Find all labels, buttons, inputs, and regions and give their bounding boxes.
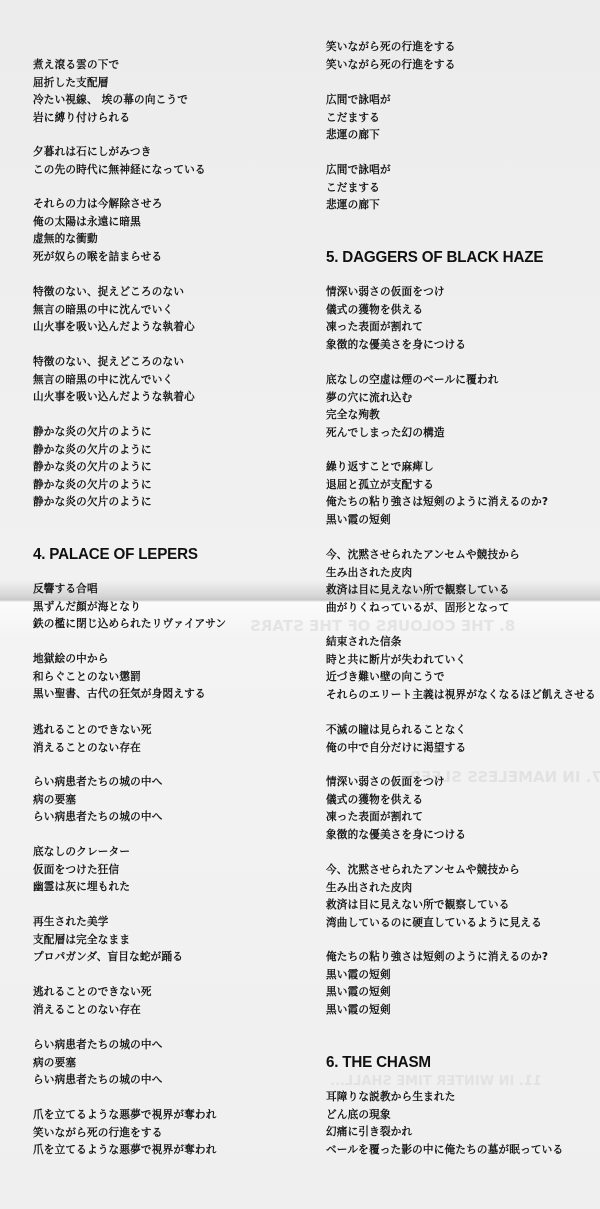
lyric-stanza: 夕暮れは石にしがみつきこの先の時代に無神経になっている [33,144,206,179]
lyric-line: それらの力は今解除させろ [33,196,163,214]
lyric-line: 繰り返すことで麻痺し [326,459,548,477]
lyric-line: 病の要塞 [33,792,163,810]
lyric-stanza: 情深い弱さの仮面をつけ儀式の獲物を供える凍った表面が割れて象徴的な優美さを身につ… [326,774,466,844]
lyric-line: 幽霊は灰に埋もれた [33,879,130,897]
lyric-line: 黒い霞の短剣 [326,967,548,985]
lyric-line: 退屈と孤立が支配する [326,477,548,495]
lyric-line: らい病患者たちの城の中へ [33,774,163,792]
lyric-line: 夢の穴に流れ込む [326,390,499,408]
lyric-line: 逃れることのできない死 [33,722,152,740]
lyric-stanza: 地獄絵の中から和らぐことのない懲罰黒い聖書、古代の狂気が身悶えする [33,651,206,704]
lyric-stanza: 特徴のない、捉えどころのない無言の暗黒の中に沈んでいく山火事を吸い込んだような執… [33,354,195,407]
lyric-stanza: 広間で詠唱がこだまする悲運の廊下 [326,162,391,215]
lyric-line: 静かな炎の欠片のように [33,494,152,512]
lyric-line: 笑いながら死の行進をする [326,57,456,75]
lyric-line: 黒い霞の短剣 [326,512,548,530]
song-title-block: 4. PALACE OF LEPERS [33,545,201,565]
lyric-line: 無言の暗黒の中に沈んでいく [33,302,195,320]
lyric-line: 不滅の瞳は見られることなく [326,722,466,740]
lyric-line: 特徴のない、捉えどころのない [33,284,195,302]
lyrics-booklet-page: 8. THE COLOURS OF THE STARS 7. IN NAMELE… [0,0,600,1209]
lyric-line: 屈折した支配層 [33,75,188,93]
lyric-line: 俺の太陽は永遠に暗黒 [33,214,163,232]
lyric-line: 俺たちの粘り強さは短剣のように消えるのか? [326,494,548,512]
lyric-line: 反響する合唱 [33,581,226,599]
song-title: 4. PALACE OF LEPERS [33,545,198,565]
lyric-line: 凍った表面が割れて [326,809,466,827]
lyric-line: 俺の中で自分だけに渇望する [326,740,466,758]
lyric-line: 時と共に断片が失われていく [326,652,596,670]
lyric-stanza: 結束された信条時と共に断片が失われていく近づき難い壁の向こうでそれらのエリート主… [326,634,596,704]
lyric-line: 凍った表面が割れて [326,319,466,337]
lyric-line: 生み出された皮肉 [326,565,520,583]
lyric-line: それらのエリート主義は視界がなくなるほど飢えさせる [326,687,596,705]
bleed-through-heading: 11. IN WINTER TIME SHALL... [330,1074,542,1089]
lyric-stanza: 静かな炎の欠片のように静かな炎の欠片のように静かな炎の欠片のように静かな炎の欠片… [33,424,152,512]
lyric-line: 曲がりくねっているが、固形となって [326,600,520,618]
lyric-stanza: 笑いながら死の行進をする笑いながら死の行進をする [326,39,456,74]
lyric-line: 和らぐことのない懲罰 [33,669,206,687]
lyric-line: 悲運の廊下 [326,127,391,145]
lyric-line: 黒い霞の短剣 [326,1002,548,1020]
lyric-stanza: それらの力は今解除させろ俺の太陽は永遠に暗黒虚無的な衝動死が奴らの喉を詰まらせる [33,196,163,266]
lyric-stanza: 不滅の瞳は見られることなく俺の中で自分だけに渇望する [326,722,466,757]
lyric-line: 笑いながら死の行進をする [326,39,456,57]
lyric-line: 湾曲しているのに硬直しているように見える [326,915,542,933]
lyric-line: 象徴的な優美さを身につける [326,337,466,355]
lyric-line: 幻痛に引き裂かれ [326,1124,563,1142]
lyric-line: 夕暮れは石にしがみつき [33,144,206,162]
lyric-line: 結束された信条 [326,634,596,652]
lyric-line: 爪を立てるような悪夢で視界が奪われ [33,1107,217,1125]
lyric-line: 山火事を吸い込んだような執着心 [33,319,195,337]
song-title-block: 5. DAGGERS OF BLACK HAZE [326,248,548,268]
lyric-line: 救済は目に見えない所で観察している [326,582,520,600]
lyric-stanza: 底なしの空虚は煙のベールに覆われ夢の穴に流れ込む完全な殉教死んでしまった幻の構造 [326,372,499,442]
lyric-line: 底なしの空虚は煙のベールに覆われ [326,372,499,390]
lyric-line: 悲運の廊下 [326,197,391,215]
lyric-line: 笑いながら死の行進をする [33,1125,217,1143]
lyric-line: らい病患者たちの城の中へ [33,1037,163,1055]
lyric-line: 静かな炎の欠片のように [33,442,152,460]
lyric-line: らい病患者たちの城の中へ [33,809,163,827]
lyric-line: 象徴的な優美さを身につける [326,827,466,845]
lyric-line: 仮面をつけた狂信 [33,862,130,880]
lyric-line: 岩に縛り付けられる [33,110,188,128]
lyric-line: 病の要塞 [33,1055,163,1073]
bleed-through-heading: 8. THE COLOURS OF THE STARS [250,617,515,635]
lyric-line: 儀式の獲物を供える [326,302,466,320]
lyric-line: 儀式の獲物を供える [326,792,466,810]
lyric-stanza: 今、沈黙させられたアンセムや競技から生み出された皮肉救済は目に見えない所で観察し… [326,547,520,617]
song-title: 6. THE CHASM [326,1053,431,1073]
lyric-line: 広間で詠唱が [326,162,391,180]
lyric-line: 再生された美学 [33,914,183,932]
lyric-line: この先の時代に無神経になっている [33,162,206,180]
lyric-stanza: 特徴のない、捉えどころのない無言の暗黒の中に沈んでいく山火事を吸い込んだような執… [33,284,195,337]
lyric-line: 地獄絵の中から [33,651,206,669]
lyric-stanza: らい病患者たちの城の中へ病の要塞らい病患者たちの城の中へ [33,774,163,827]
lyric-line: 消えることのない存在 [33,740,152,758]
lyric-stanza: 俺たちの粘り強さは短剣のように消えるのか?黒い霞の短剣黒い霞の短剣黒い霞の短剣 [326,949,548,1019]
lyric-line: 情深い弱さの仮面をつけ [326,774,466,792]
lyric-stanza: 逃れることのできない死消えることのない存在 [33,984,152,1019]
lyric-stanza: 逃れることのできない死消えることのない存在 [33,722,152,757]
lyric-line: 逃れることのできない死 [33,984,152,1002]
lyric-line: 黒い霞の短剣 [326,984,548,1002]
lyric-stanza: 煮え滾る雲の下で屈折した支配層冷たい視線、 埃の幕の向こうで岩に縛り付けられる [33,57,188,127]
lyric-line: 静かな炎の欠片のように [33,459,152,477]
lyric-line: 消えることのない存在 [33,1002,152,1020]
lyric-line: プロパガンダ、盲目な蛇が踊る [33,949,183,967]
lyric-line: 今、沈黙させられたアンセムや競技から [326,547,520,565]
lyric-line: 俺たちの粘り強さは短剣のように消えるのか? [326,949,548,967]
lyric-stanza: 反響する合唱黒ずんだ顔が海となり鉄の檻に閉じ込められたリヴァイアサン [33,581,226,634]
lyric-line: 冷たい視線、 埃の幕の向こうで [33,92,188,110]
lyric-line: 底なしのクレーター [33,844,130,862]
lyric-stanza: 繰り返すことで麻痺し退屈と孤立が支配する俺たちの粘り強さは短剣のように消えるのか… [326,459,548,529]
lyric-line: 耳障りな説教から生まれた [326,1089,563,1107]
lyric-line: 死んでしまった幻の構造 [326,425,499,443]
song-title-block: 6. THE CHASM [326,1053,433,1073]
lyric-stanza: 広間で詠唱がこだまする悲運の廊下 [326,92,391,145]
lyric-line: らい病患者たちの城の中へ [33,1072,163,1090]
lyric-stanza: 今、沈黙させられたアンセムや競技から生み出された皮肉救済は目に見えない所で観察し… [326,862,542,932]
lyric-stanza: 情深い弱さの仮面をつけ儀式の獲物を供える凍った表面が割れて象徴的な優美さを身につ… [326,284,466,354]
lyric-line: 山火事を吸い込んだような執着心 [33,389,195,407]
lyric-line: 情深い弱さの仮面をつけ [326,284,466,302]
lyric-line: 近づき難い壁の向こうで [326,669,596,687]
lyric-line: 静かな炎の欠片のように [33,424,152,442]
lyric-line: 広間で詠唱が [326,92,391,110]
lyric-stanza: 再生された美学支配層は完全なままプロパガンダ、盲目な蛇が踊る [33,914,183,967]
lyric-line: 完全な殉教 [326,407,499,425]
lyric-line: 煮え滾る雲の下で [33,57,188,75]
song-title: 5. DAGGERS OF BLACK HAZE [326,248,543,268]
lyric-line: 救済は目に見えない所で観察している [326,897,542,915]
lyric-line: 静かな炎の欠片のように [33,477,152,495]
lyric-stanza: らい病患者たちの城の中へ病の要塞らい病患者たちの城の中へ [33,1037,163,1090]
lyric-line: こだまする [326,110,391,128]
lyric-line: 黒ずんだ顔が海となり [33,599,226,617]
lyric-line: 虚無的な衝動 [33,231,163,249]
lyric-line: 黒い聖書、古代の狂気が身悶えする [33,686,206,704]
lyric-line: こだまする [326,180,391,198]
lyric-stanza: 耳障りな説教から生まれたどん底の現象幻痛に引き裂かれベールを覆った影の中に俺たち… [326,1089,563,1159]
lyric-line: 今、沈黙させられたアンセムや競技から [326,862,542,880]
lyric-line: 無言の暗黒の中に沈んでいく [33,372,195,390]
lyric-line: 死が奴らの喉を詰まらせる [33,249,163,267]
lyric-line: 支配層は完全なまま [33,932,183,950]
lyric-line: 生み出された皮肉 [326,880,542,898]
lyric-line: 爪を立てるような悪夢で視界が奪われ [33,1142,217,1160]
lyric-line: 鉄の檻に閉じ込められたリヴァイアサン [33,616,226,634]
lyric-line: 特徴のない、捉えどころのない [33,354,195,372]
lyric-line: ベールを覆った影の中に俺たちの墓が眠っている [326,1142,563,1160]
lyric-stanza: 底なしのクレーター仮面をつけた狂信幽霊は灰に埋もれた [33,844,130,897]
lyric-line: どん底の現象 [326,1107,563,1125]
lyric-stanza: 爪を立てるような悪夢で視界が奪われ笑いながら死の行進をする爪を立てるような悪夢で… [33,1107,217,1160]
